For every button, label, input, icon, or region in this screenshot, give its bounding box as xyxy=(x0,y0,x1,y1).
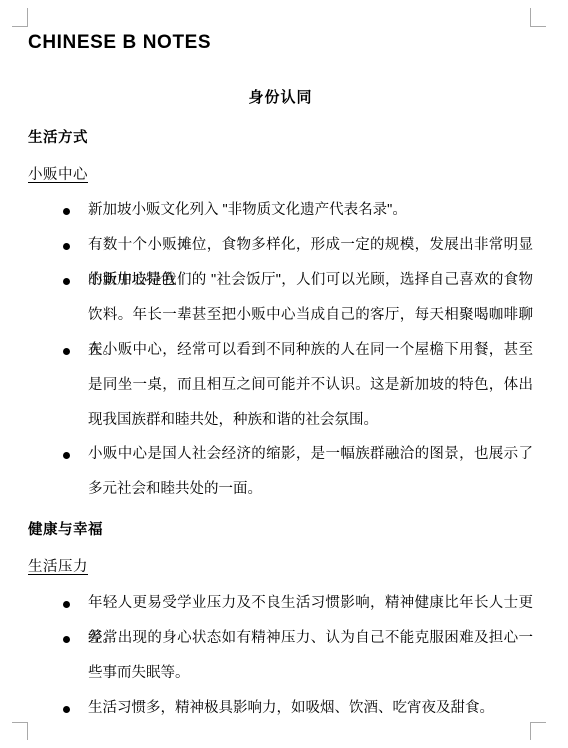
crop-mark-top-right xyxy=(530,26,546,27)
bullet-icon xyxy=(63,243,70,250)
list-item-text: 新加坡小贩文化列入 "非物质文化遗产代表名录"。 xyxy=(88,202,407,218)
crop-mark-top-right xyxy=(530,8,531,26)
crop-mark-top-left xyxy=(12,26,28,27)
crop-mark-bottom-left xyxy=(12,722,28,723)
list-item: 小贩中心是国人社会经济的缩影，是一幅族群融洽的图景，也展示了多元社会和睦共处的一… xyxy=(28,437,533,507)
section-heading-lifestyle: 生活方式 xyxy=(28,128,533,148)
list-item: 生活习惯多，精神极具影响力，如吸烟、饮酒、吃宵夜及甜食。 xyxy=(28,691,533,726)
document-title: CHINESE B NOTES xyxy=(28,31,533,54)
list-item-text: 在小贩中心，经常可以看到不同种族的人在同一个屋檐下用餐，甚至是同坐一桌，而且相互… xyxy=(88,342,533,428)
list-item: 经常出现的身心状态如有精神压力、认为自己不能克服困难及担心一些事而失眠等。 xyxy=(28,621,533,691)
subheading-hawker-centre: 小贩中心 xyxy=(28,165,533,185)
section-heading-health-happiness: 健康与幸福 xyxy=(28,520,533,540)
bullet-icon xyxy=(63,348,70,355)
page-heading: 身份认同 xyxy=(28,87,533,109)
crop-mark-top-left xyxy=(27,8,28,26)
list-item: 在小贩中心，经常可以看到不同种族的人在同一个屋檐下用餐，甚至是同坐一桌，而且相互… xyxy=(28,333,533,437)
list-item-text: 经常出现的身心状态如有精神压力、认为自己不能克服困难及担心一些事而失眠等。 xyxy=(88,630,533,681)
list-item-text: 小贩中心是国人社会经济的缩影，是一幅族群融洽的图景，也展示了多元社会和睦共处的一… xyxy=(88,446,533,497)
list-item-text: 生活习惯多，精神极具影响力，如吸烟、饮酒、吃宵夜及甜食。 xyxy=(88,700,494,716)
bullet-icon xyxy=(63,452,70,459)
bullet-icon xyxy=(63,601,70,608)
subheading-life-stress: 生活压力 xyxy=(28,557,533,577)
bullet-icon xyxy=(63,706,70,713)
bullet-icon xyxy=(63,636,70,643)
list-item: 新加坡小贩文化列入 "非物质文化遗产代表名录"。 xyxy=(28,193,533,228)
bullet-icon xyxy=(63,208,70,215)
bullet-icon xyxy=(63,278,70,285)
document-page: CHINESE B NOTES 身份认同 生活方式 小贩中心 新加坡小贩文化列入… xyxy=(0,0,568,748)
